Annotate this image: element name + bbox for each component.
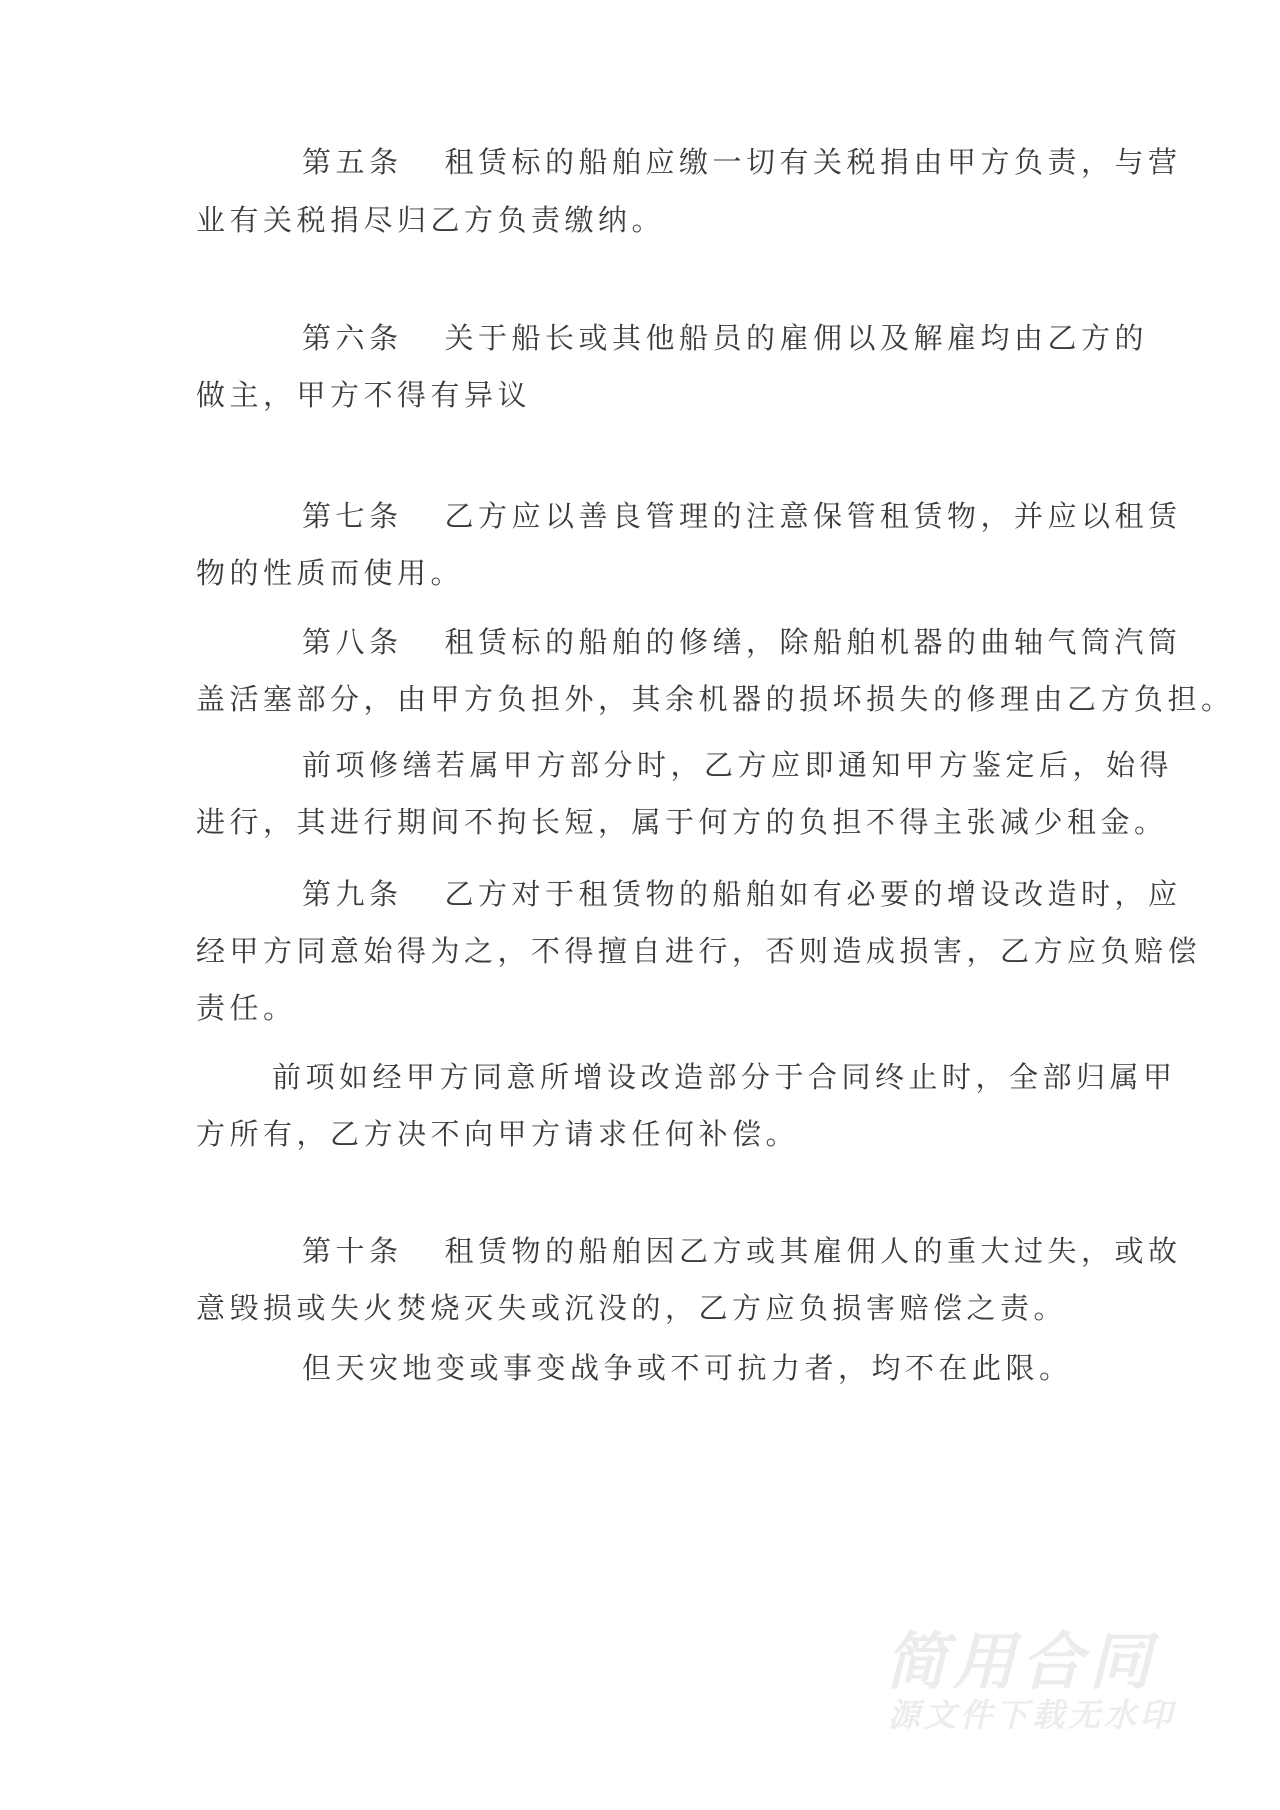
- article-9-number: 第九条: [302, 874, 403, 914]
- article-6-line-2: 做主，甲方不得有异议: [196, 375, 531, 415]
- article-9-line-2: 经甲方同意始得为之，不得擅自进行，否则造成损害，乙方应负赔偿: [196, 931, 1201, 971]
- article-10-para2-line-1: 但天灾地变或事变战争或不可抗力者，均不在此限。: [302, 1348, 1073, 1388]
- article-6-number: 第六条: [302, 318, 403, 358]
- article-10-number: 第十条: [302, 1231, 403, 1271]
- article-5-text: 租赁标的船舶应缴一切有关税捐由甲方负责，与营: [445, 145, 1182, 179]
- article-9-line-3: 责任。: [196, 988, 297, 1028]
- article-9-text: 乙方对于租赁物的船舶如有必要的增设改造时，应: [445, 877, 1182, 911]
- article-8-para2-line-1: 前项修缮若属甲方部分时，乙方应即通知甲方鉴定后，始得: [302, 745, 1173, 785]
- article-9-line-1: 第九条乙方对于租赁物的船舶如有必要的增设改造时，应: [302, 874, 1182, 914]
- article-6-text: 关于船长或其他船员的雇佣以及解雇均由乙方的: [445, 321, 1149, 355]
- article-6-line-1: 第六条关于船长或其他船员的雇佣以及解雇均由乙方的: [302, 318, 1148, 358]
- article-9-para2-line-2: 方所有，乙方决不向甲方请求任何补偿。: [196, 1114, 799, 1154]
- article-10-line-2: 意毁损或失火焚烧灭失或沉没的，乙方应负损害赔偿之责。: [196, 1288, 1067, 1328]
- document-page: 第五条租赁标的船舶应缴一切有关税捐由甲方负责，与营 业有关税捐尽归乙方负责缴纳。…: [0, 0, 1280, 1810]
- article-8-line-2: 盖活塞部分，由甲方负担外，其余机器的损坏损失的修理由乙方负担。: [196, 679, 1235, 719]
- article-7-number: 第七条: [302, 496, 403, 536]
- article-7-text: 乙方应以善良管理的注意保管租赁物，并应以租赁: [445, 499, 1182, 533]
- article-9-para2-line-1: 前项如经甲方同意所增设改造部分于合同终止时，全部归属甲: [272, 1057, 1177, 1097]
- article-8-para2-line-2: 进行，其进行期间不拘长短，属于何方的负担不得主张减少租金。: [196, 802, 1168, 842]
- article-8-line-1: 第八条租赁标的船舶的修缮，除船舶机器的曲轴气筒汽筒: [302, 622, 1182, 662]
- article-5-line-1: 第五条租赁标的船舶应缴一切有关税捐由甲方负责，与营: [302, 142, 1182, 182]
- article-10-line-1: 第十条租赁物的船舶因乙方或其雇佣人的重大过失，或故: [302, 1231, 1182, 1271]
- watermark-brand: 简用合同: [885, 1612, 1157, 1701]
- article-5-number: 第五条: [302, 142, 403, 182]
- article-7-line-1: 第七条乙方应以善良管理的注意保管租赁物，并应以租赁: [302, 496, 1182, 536]
- article-8-number: 第八条: [302, 622, 403, 662]
- watermark-tagline: 源文件下载无水印: [888, 1690, 1176, 1736]
- article-7-line-2: 物的性质而使用。: [196, 553, 464, 593]
- article-8-text: 租赁标的船舶的修缮，除船舶机器的曲轴气筒汽筒: [445, 625, 1182, 659]
- article-5-line-2: 业有关税捐尽归乙方负责缴纳。: [196, 200, 665, 240]
- article-10-text: 租赁物的船舶因乙方或其雇佣人的重大过失，或故: [445, 1234, 1182, 1268]
